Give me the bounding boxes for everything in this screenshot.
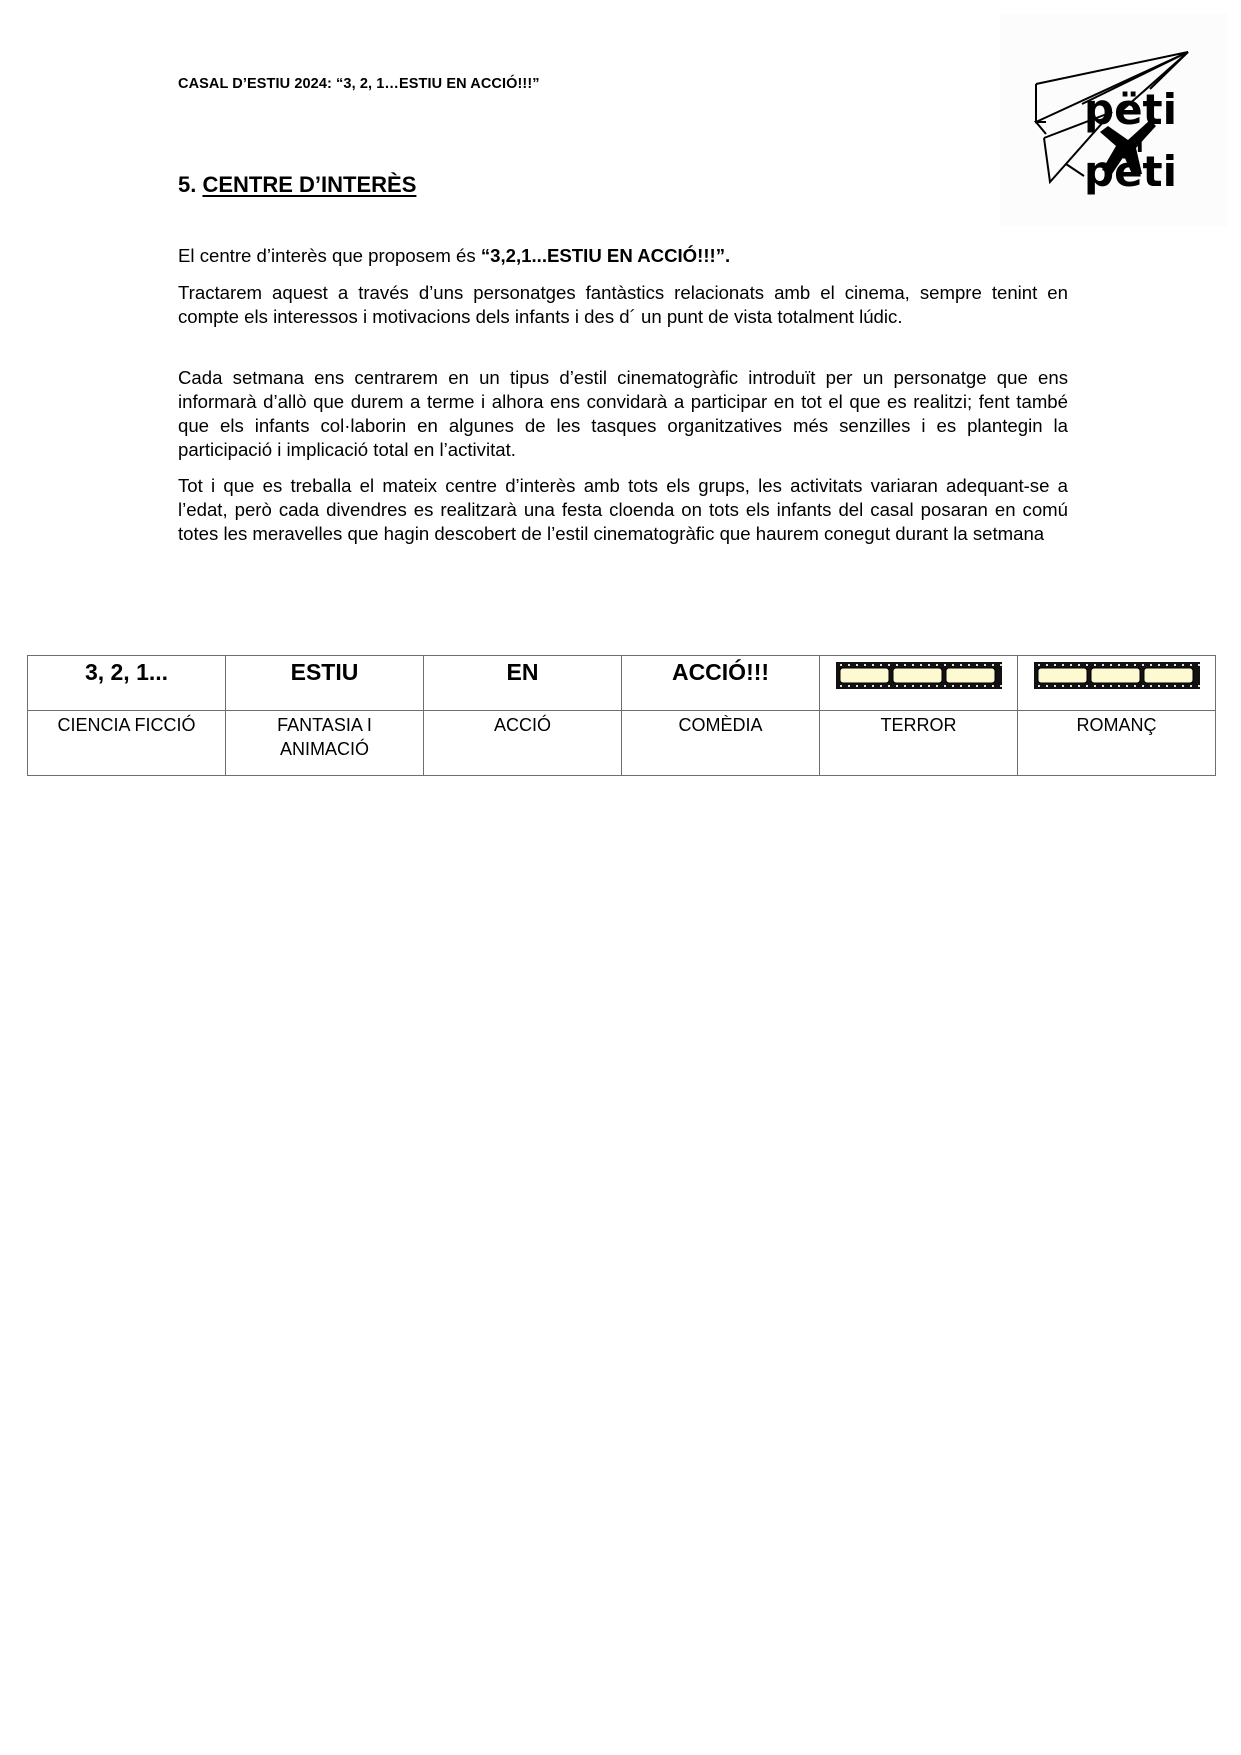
header-cell: ACCIÓ!!! xyxy=(622,656,820,711)
header-cell-filmstrip xyxy=(1018,656,1216,711)
header-cell: EN xyxy=(424,656,622,711)
header-cell: 3, 2, 1... xyxy=(28,656,226,711)
running-header: CASAL D’ESTIU 2024: “3, 2, 1…ESTIU EN AC… xyxy=(178,76,540,92)
table-header-row: 3, 2, 1... ESTIU EN ACCIÓ!!! xyxy=(28,656,1216,711)
section-title: CENTRE D’INTERÈS xyxy=(202,172,416,197)
peti-i-peti-logo: pëti i pëti xyxy=(1000,14,1228,226)
header-cell: ESTIU xyxy=(226,656,424,711)
paragraph-2: Cada setmana ens centrarem en un tipus d… xyxy=(178,366,1068,462)
filmstrip-icon xyxy=(1034,662,1200,689)
header-cell-filmstrip xyxy=(820,656,1018,711)
document-page: CASAL D’ESTIU 2024: “3, 2, 1…ESTIU EN AC… xyxy=(0,0,1241,1755)
intro-paragraph: El centre d’interès que proposem és “3,2… xyxy=(178,244,1068,268)
weeks-table: 3, 2, 1... ESTIU EN ACCIÓ!!! CIENCIA FIC… xyxy=(27,655,1216,776)
genre-cell: COMÈDIA xyxy=(622,711,820,776)
genre-cell: ACCIÓ xyxy=(424,711,622,776)
genre-cell: TERROR xyxy=(820,711,1018,776)
svg-text:pëti: pëti xyxy=(1084,85,1177,134)
intro-theme-title: “3,2,1...ESTIU EN ACCIÓ!!!”. xyxy=(481,245,730,266)
genre-cell: CIENCIA FICCIÓ xyxy=(28,711,226,776)
table-row: CIENCIA FICCIÓ FANTASIA I ANIMACIÓ ACCIÓ… xyxy=(28,711,1216,776)
paragraph-3: Tot i que es treballa el mateix centre d… xyxy=(178,474,1068,546)
genre-cell: ROMANÇ xyxy=(1018,711,1216,776)
paper-plane-logo-icon: pëti i pëti xyxy=(1000,14,1228,226)
genre-cell: FANTASIA I ANIMACIÓ xyxy=(226,711,424,776)
intro-text: El centre d’interès que proposem és xyxy=(178,245,481,266)
section-number: 5. xyxy=(178,172,196,197)
genre-text: FANTASIA I ANIMACIÓ xyxy=(270,713,380,761)
filmstrip-icon xyxy=(836,662,1002,689)
paragraph-1: Tractarem aquest a través d’uns personat… xyxy=(178,281,1068,329)
section-heading: 5. CENTRE D’INTERÈS xyxy=(178,172,416,198)
